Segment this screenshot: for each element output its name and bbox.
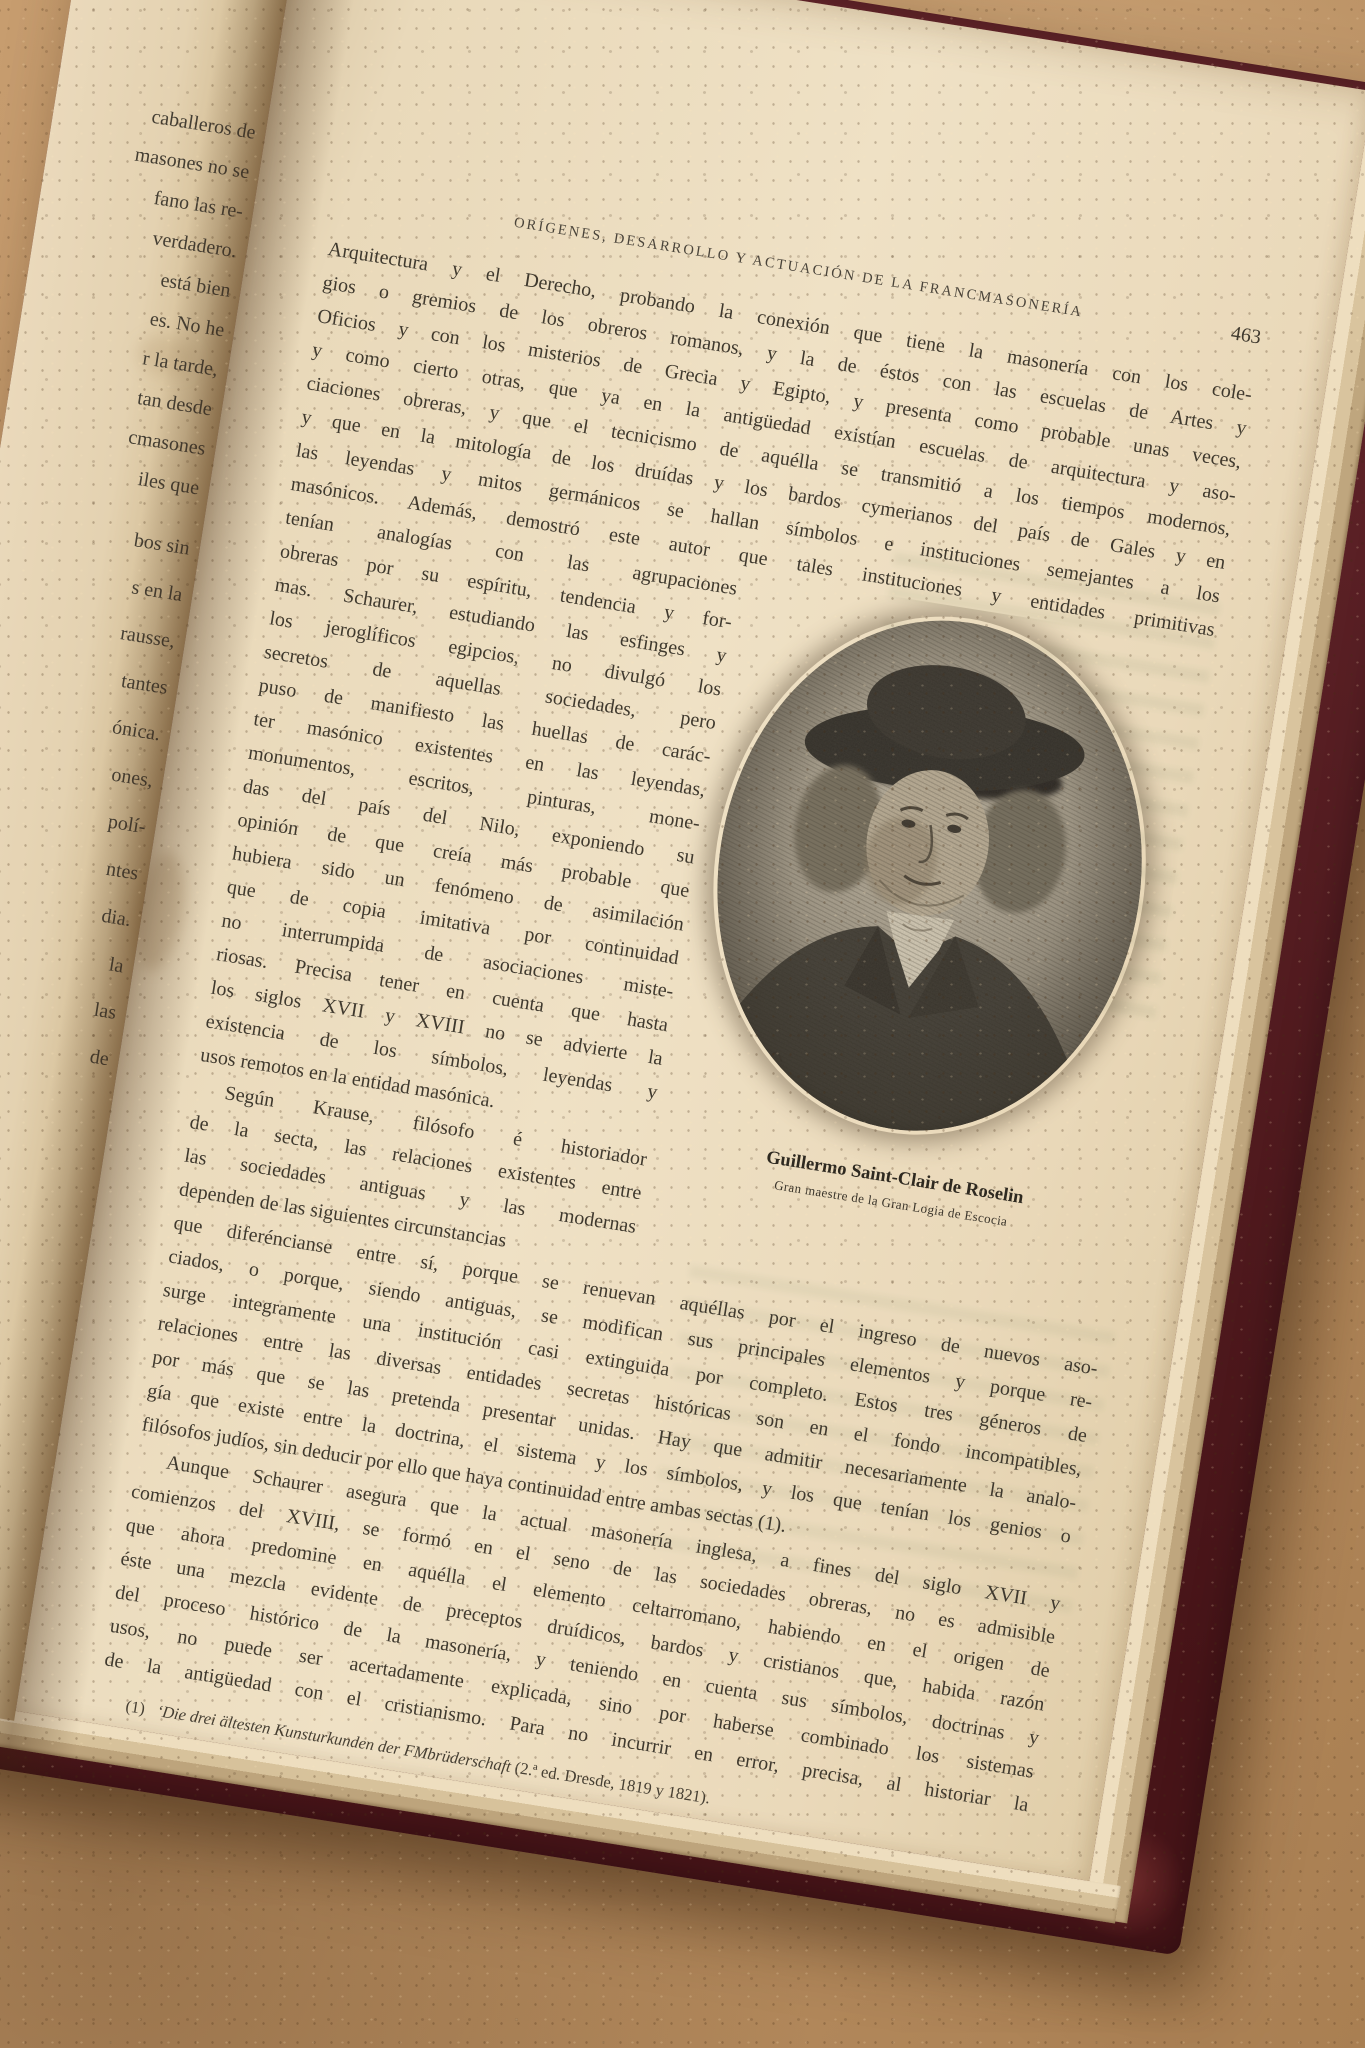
page-number: 463 <box>1229 322 1262 349</box>
photo-of-open-book: caballeros demasones no sefano las re-ve… <box>0 0 1365 2048</box>
page-content: Orígenes, desarrollo y actuación de la F… <box>97 181 1263 1858</box>
footnote-marker: (1) <box>124 1696 146 1718</box>
portrait-engraving-svg <box>677 585 1183 1166</box>
open-book: caballeros demasones no sefano las re-ve… <box>0 0 1365 1956</box>
two-column-section: Guillermo Saint-Clair de Roselin Gran ma… <box>177 501 1212 1352</box>
portrait-engraving <box>677 585 1183 1166</box>
